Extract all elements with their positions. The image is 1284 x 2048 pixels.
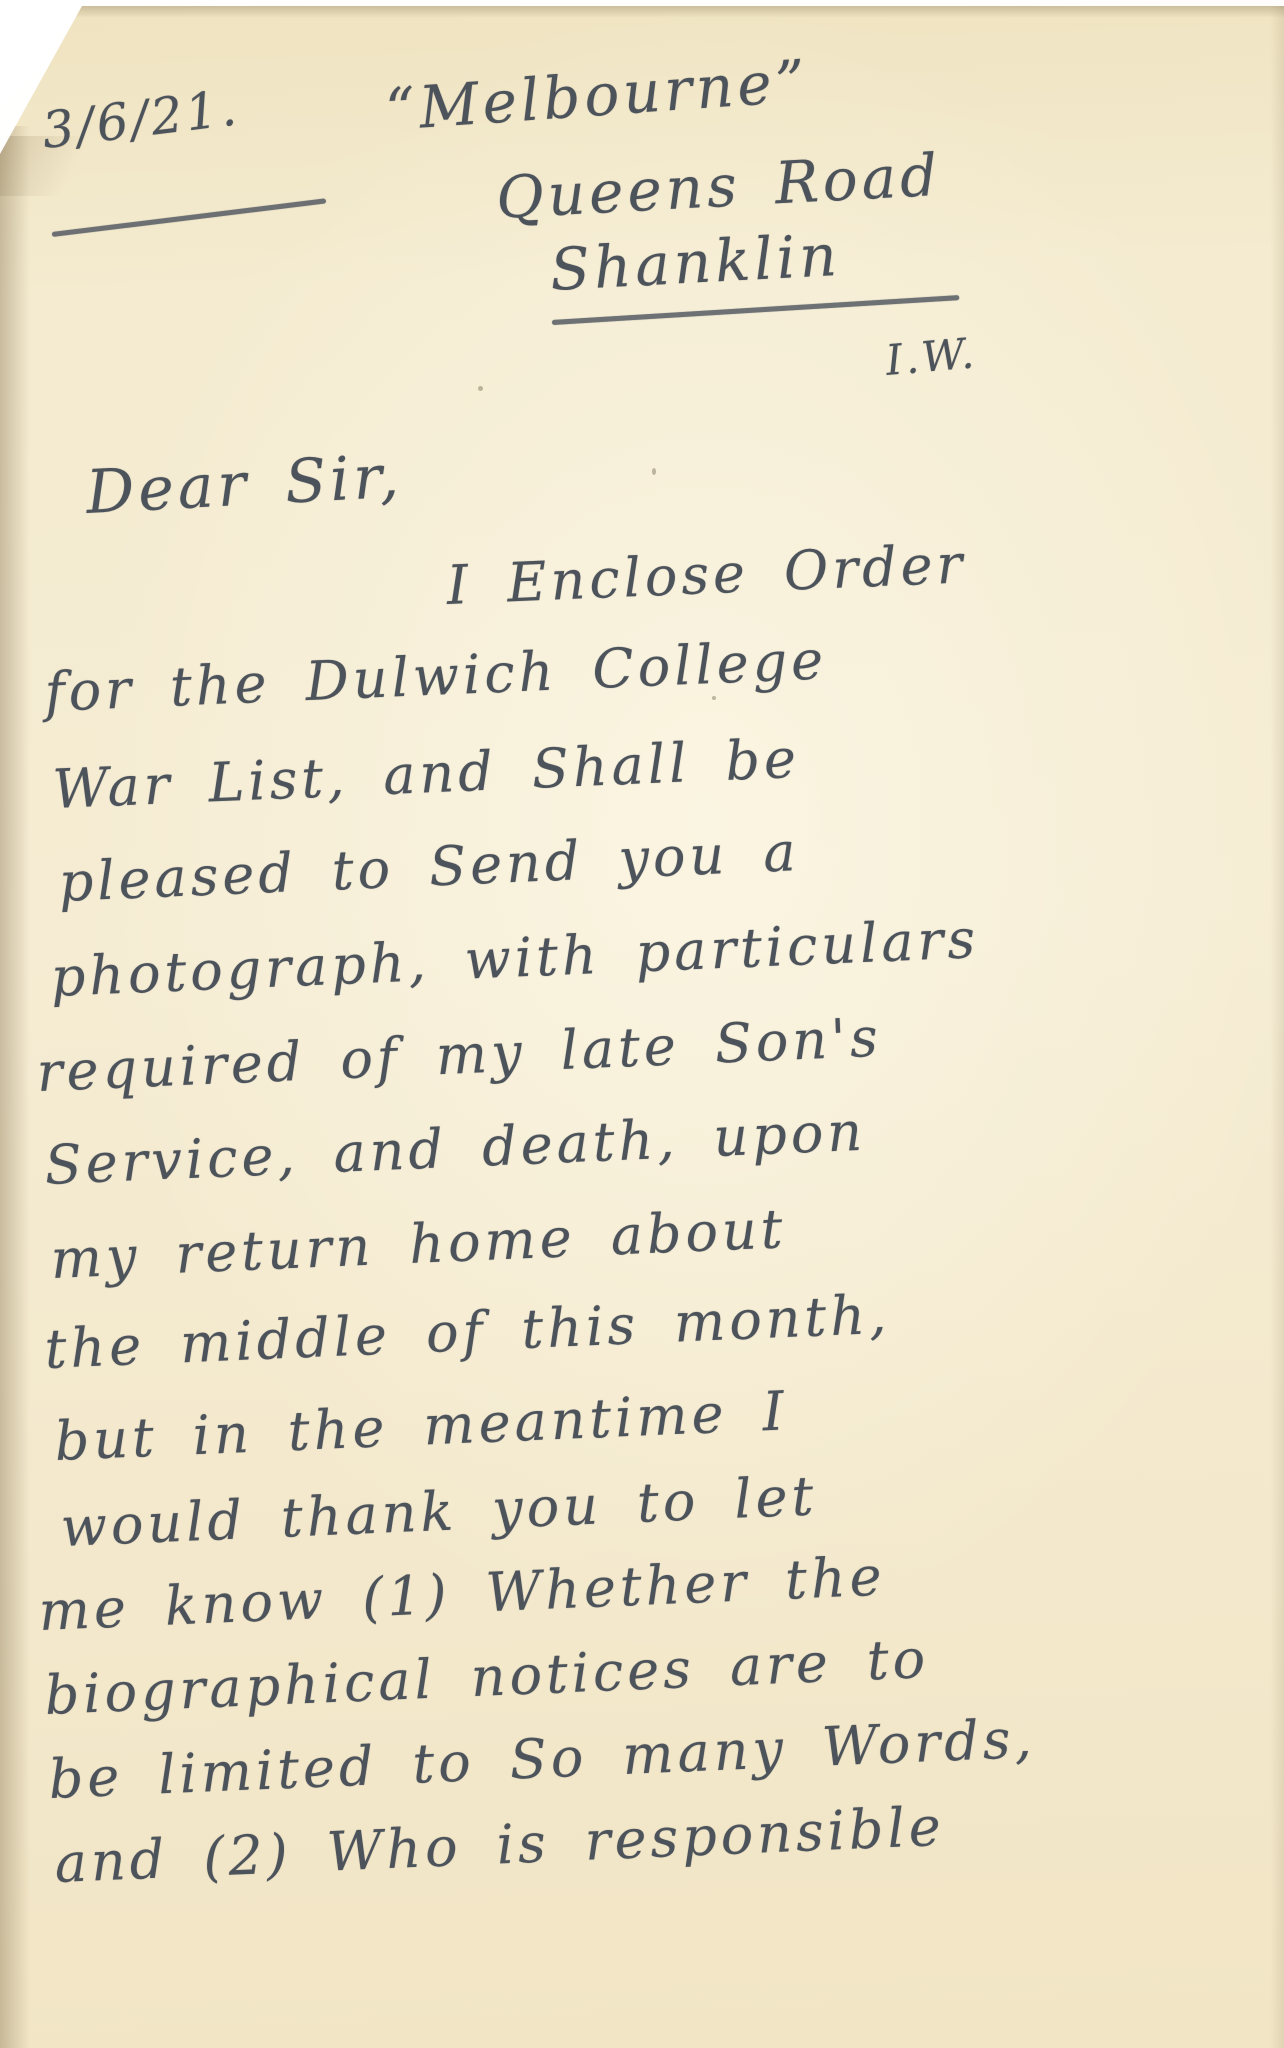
address-line-house-name: “Melbourne” [383,47,811,144]
salutation: Dear Sir, [84,442,404,528]
body-line: the middle of this month, [43,1283,891,1381]
paper-edge-shadow-right [1270,6,1284,2048]
address-line-county: I.W. [884,328,979,385]
body-line: pleased to Send you a [57,820,800,914]
body-line: photograph, with particulars [49,907,980,1009]
body-line: for the Dulwich College [43,628,828,724]
paper-edge-shadow-left [0,126,30,2048]
body-line: War List, and Shall be [51,727,801,821]
address-line-town: Shanklin [548,221,842,304]
body-line: be limited to So many Words, [47,1707,1036,1811]
body-line: Service, and death, upon [43,1100,867,1197]
paper-edge-shadow-top [60,6,1284,18]
paper-speck [478,386,483,391]
letter-date: 3/6/21. [39,78,242,160]
body-line: and (2) Who is responsible [53,1795,945,1895]
paper-speck [652,468,656,475]
body-line: would thank you to let [59,1464,818,1559]
body-line: me know (1) Whether the [37,1545,886,1643]
letter-paper: 3/6/21. “Melbourne” Queens Road Shanklin… [0,6,1284,2048]
body-line: biographical notices are to [43,1627,930,1727]
body-line: I Enclose Order [445,532,967,617]
address-line-road: Queens Road [494,141,942,232]
scanned-letter-page: 1 3/6/21. “Melbourne” Queens Road Shankl… [0,0,1284,2048]
body-line: my return home about [49,1197,787,1291]
body-line: required of my late Son's [35,1006,882,1104]
paper-speck [712,696,716,700]
body-line: but in the meantime I [53,1379,789,1473]
date-underline-stroke [52,198,327,237]
